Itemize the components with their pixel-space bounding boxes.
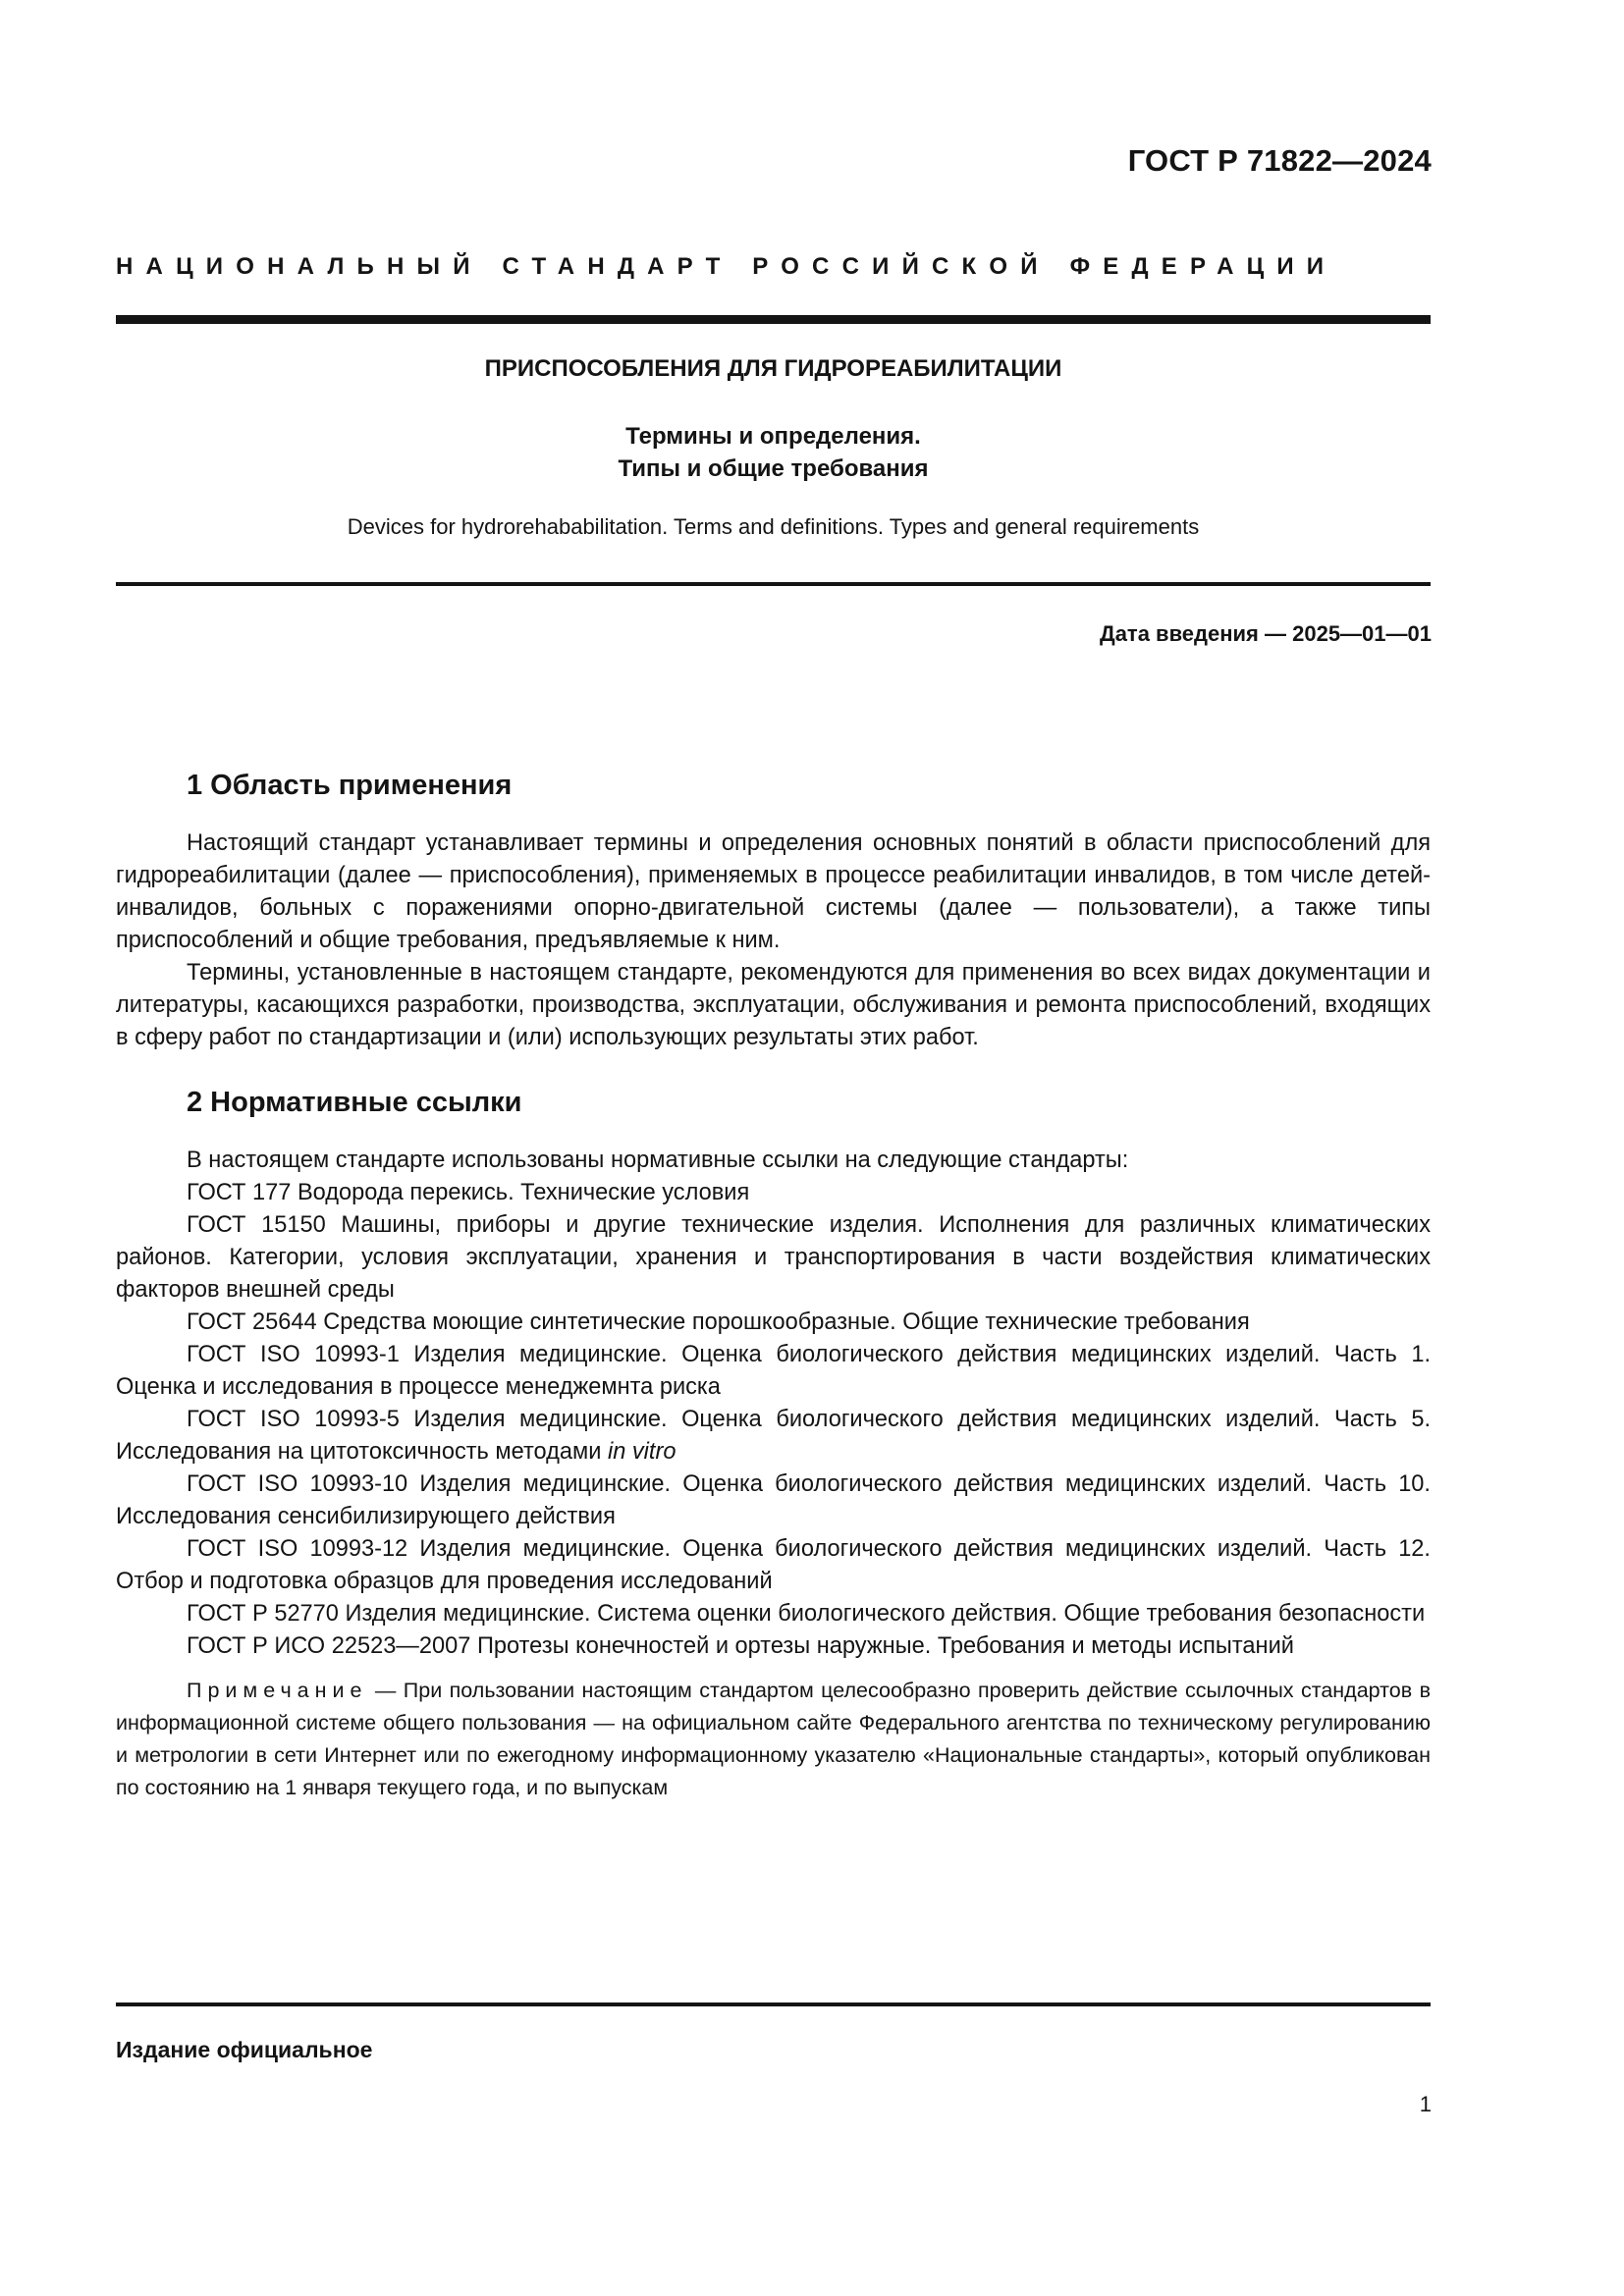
- note-paragraph: Примечание — При пользовании настоящим с…: [116, 1675, 1431, 1804]
- reference-item: ГОСТ ISO 10993-10 Изделия медицинские. О…: [116, 1468, 1431, 1533]
- section-1-paragraph: Термины, установленные в настоящем станд…: [116, 957, 1431, 1054]
- references-intro: В настоящем стандарте использованы норма…: [116, 1145, 1431, 1177]
- reference-item: ГОСТ ISO 10993-1 Изделия медицинские. Оц…: [116, 1339, 1431, 1404]
- document-number: ГОСТ Р 71822—2024: [1128, 143, 1432, 179]
- document-page: ГОСТ Р 71822—2024 НАЦИОНАЛЬНЫЙ СТАНДАРТ …: [0, 0, 1624, 2296]
- document-subtitle: Термины и определения. Типы и общие треб…: [116, 420, 1431, 485]
- introduction-date: Дата введения — 2025—01—01: [1100, 621, 1432, 647]
- section-1-heading: 1 Область применения: [187, 768, 1431, 803]
- official-edition-label: Издание официальное: [116, 2037, 372, 2063]
- document-body: 1 Область применения Настоящий стандарт …: [116, 768, 1431, 1804]
- reference-item: ГОСТ ISO 10993-5 Изделия медицинские. Оц…: [116, 1404, 1431, 1468]
- footer-rule: [116, 2002, 1431, 2006]
- reference-item: ГОСТ Р 52770 Изделия медицинские. Систем…: [116, 1598, 1431, 1630]
- reference-item: ГОСТ 15150 Машины, приборы и другие техн…: [116, 1209, 1431, 1307]
- national-standard-banner: НАЦИОНАЛЬНЫЙ СТАНДАРТ РОССИЙСКОЙ ФЕДЕРАЦ…: [116, 253, 1431, 281]
- title-rule: [116, 582, 1431, 586]
- reference-text: ГОСТ ISO 10993-5 Изделия медицинские. Оц…: [116, 1407, 1431, 1465]
- subtitle-line-2: Типы и общие требования: [116, 453, 1431, 485]
- reference-item: ГОСТ ISO 10993-12 Изделия медицинские. О…: [116, 1533, 1431, 1598]
- section-2-heading: 2 Нормативные ссылки: [187, 1085, 1431, 1120]
- reference-item: ГОСТ 25644 Средства моющие синтетические…: [116, 1307, 1431, 1339]
- reference-italic-term: in vitro: [608, 1439, 677, 1465]
- page-number: 1: [1420, 2092, 1432, 2117]
- section-1-paragraph: Настоящий стандарт устанавливает термины…: [116, 828, 1431, 957]
- header-rule: [116, 315, 1431, 324]
- document-title: ПРИСПОСОБЛЕНИЯ ДЛЯ ГИДРОРЕАБИЛИТАЦИИ: [116, 355, 1431, 383]
- note-label: Примечание: [187, 1679, 367, 1702]
- reference-item: ГОСТ 177 Водорода перекись. Технические …: [116, 1177, 1431, 1209]
- subtitle-line-1: Термины и определения.: [116, 420, 1431, 453]
- reference-item: ГОСТ Р ИСО 22523—2007 Протезы конечносте…: [116, 1630, 1431, 1663]
- english-title: Devices for hydrorehababilitation. Terms…: [116, 514, 1431, 540]
